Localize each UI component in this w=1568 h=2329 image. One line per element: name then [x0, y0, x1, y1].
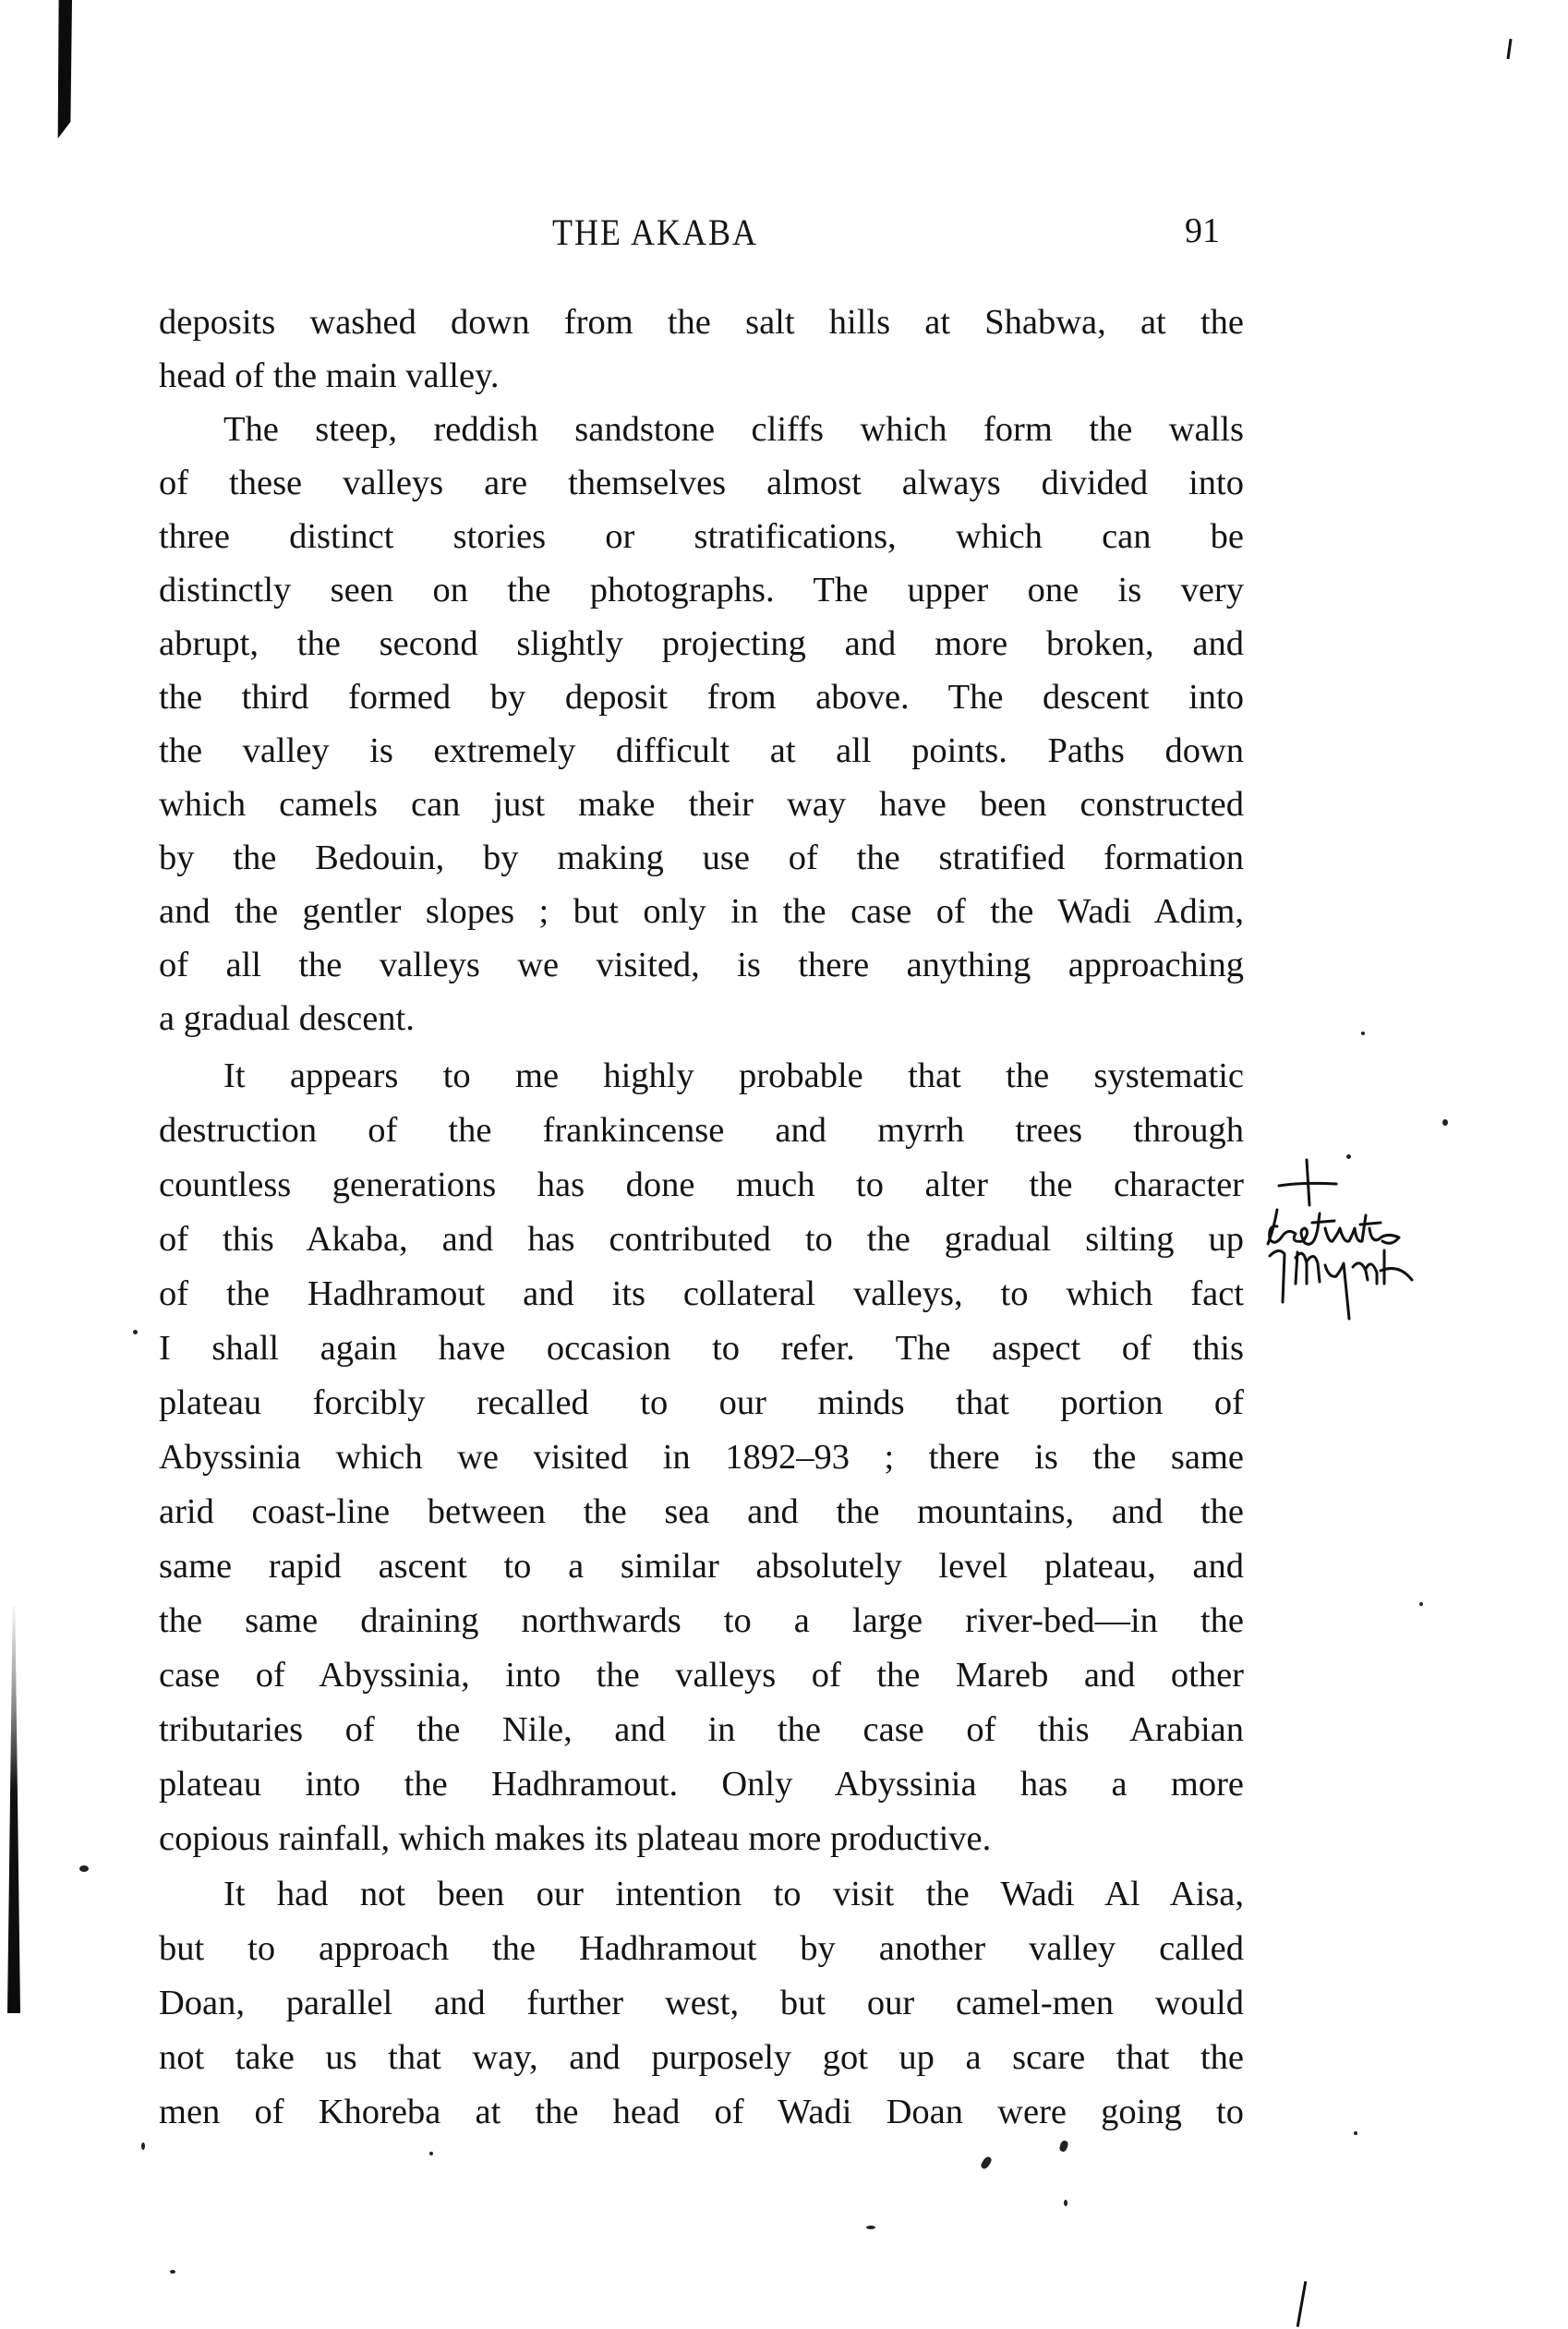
scan-speck [133, 1330, 138, 1334]
text-line: distinctly seen on the photographs. The … [159, 563, 1244, 617]
text-line: by the Bedouin, by making use of the str… [159, 831, 1244, 885]
scan-edge-artifact-bottom [7, 1607, 20, 2013]
scan-stroke [1506, 39, 1512, 59]
scan-speck [1064, 2200, 1067, 2206]
text-line: arid coast-line between the sea and the … [159, 1485, 1244, 1539]
scan-speck [170, 2270, 175, 2274]
text-line: plateau into the Hadhramout. Only Abyssi… [159, 1757, 1244, 1811]
scan-edge-artifact-top [57, 0, 72, 139]
handwritten-margin-note [1260, 1154, 1501, 1321]
scan-speck [980, 2155, 994, 2170]
scan-stroke [1297, 2281, 1308, 2327]
text-line: a gradual descent. [159, 992, 1244, 1045]
handwritten-annotation-icon [1260, 1154, 1501, 1321]
text-line: same rapid ascent to a similar absolutel… [159, 1539, 1244, 1593]
text-line: the valley is extremely difficult at all… [159, 724, 1244, 778]
text-line: destruction of the frankincense and myrr… [159, 1104, 1244, 1157]
text-line: case of Abyssinia, into the valleys of t… [159, 1648, 1244, 1702]
scan-speck [141, 2142, 145, 2150]
text-line: abrupt, the second slightly projecting a… [159, 617, 1244, 670]
text-line: not take us that way, and purposely got … [159, 2031, 1244, 2084]
scan-speck [79, 1865, 89, 1872]
text-line: three distinct stories or stratification… [159, 510, 1244, 563]
text-line: of the Hadhramout and its collateral val… [159, 1267, 1244, 1321]
text-line: deposits washed down from the salt hills… [159, 296, 1244, 349]
text-line: Doan, parallel and further west, but our… [159, 1976, 1244, 2030]
scan-speck [1354, 2131, 1357, 2135]
scanned-book-page: THE AKABA 91 deposits washed down from t… [0, 0, 1568, 2329]
text-line: of this Akaba, and has contributed to th… [159, 1213, 1244, 1266]
text-line: the same draining northwards to a large … [159, 1594, 1244, 1647]
text-line: countless generations has done much to a… [159, 1158, 1244, 1212]
scan-speck [1361, 1032, 1365, 1035]
scan-speck [1419, 1602, 1423, 1606]
text-line: of these valleys are themselves almost a… [159, 456, 1244, 510]
running-head: THE AKABA 91 [0, 211, 1568, 257]
text-line: but to approach the Hadhramout by anothe… [159, 1922, 1244, 1975]
scan-speck [866, 2226, 875, 2229]
text-line: It had not been our intention to visit t… [223, 1867, 1244, 1921]
text-line: the third formed by deposit from above. … [159, 670, 1244, 724]
text-line: men of Khoreba at the head of Wadi Doan … [159, 2085, 1244, 2139]
scan-speck [429, 2152, 433, 2155]
text-line: I shall again have occasion to refer. Th… [159, 1321, 1244, 1375]
text-line: copious rainfall, which makes its platea… [159, 1812, 1244, 1865]
text-line: It appears to me highly probable that th… [223, 1049, 1244, 1103]
text-line: Abyssinia which we visited in 1892–93 ; … [159, 1430, 1244, 1484]
scan-speck [1442, 1119, 1448, 1126]
page-number: 91 [1185, 211, 1220, 251]
text-line: plateau forcibly recalled to our minds t… [159, 1376, 1244, 1430]
text-line: The steep, reddish sandstone cliffs whic… [223, 403, 1244, 456]
text-line: which camels can just make their way hav… [159, 778, 1244, 831]
running-head-title: THE AKABA [552, 211, 758, 254]
text-line: of all the valleys we visited, is there … [159, 938, 1244, 992]
scan-speck [1058, 2140, 1069, 2153]
text-line: tributaries of the Nile, and in the case… [159, 1703, 1244, 1756]
text-line: and the gentler slopes ; but only in the… [159, 885, 1244, 938]
scan-speck [1346, 1154, 1351, 1159]
text-line: head of the main valley. [159, 349, 1244, 403]
